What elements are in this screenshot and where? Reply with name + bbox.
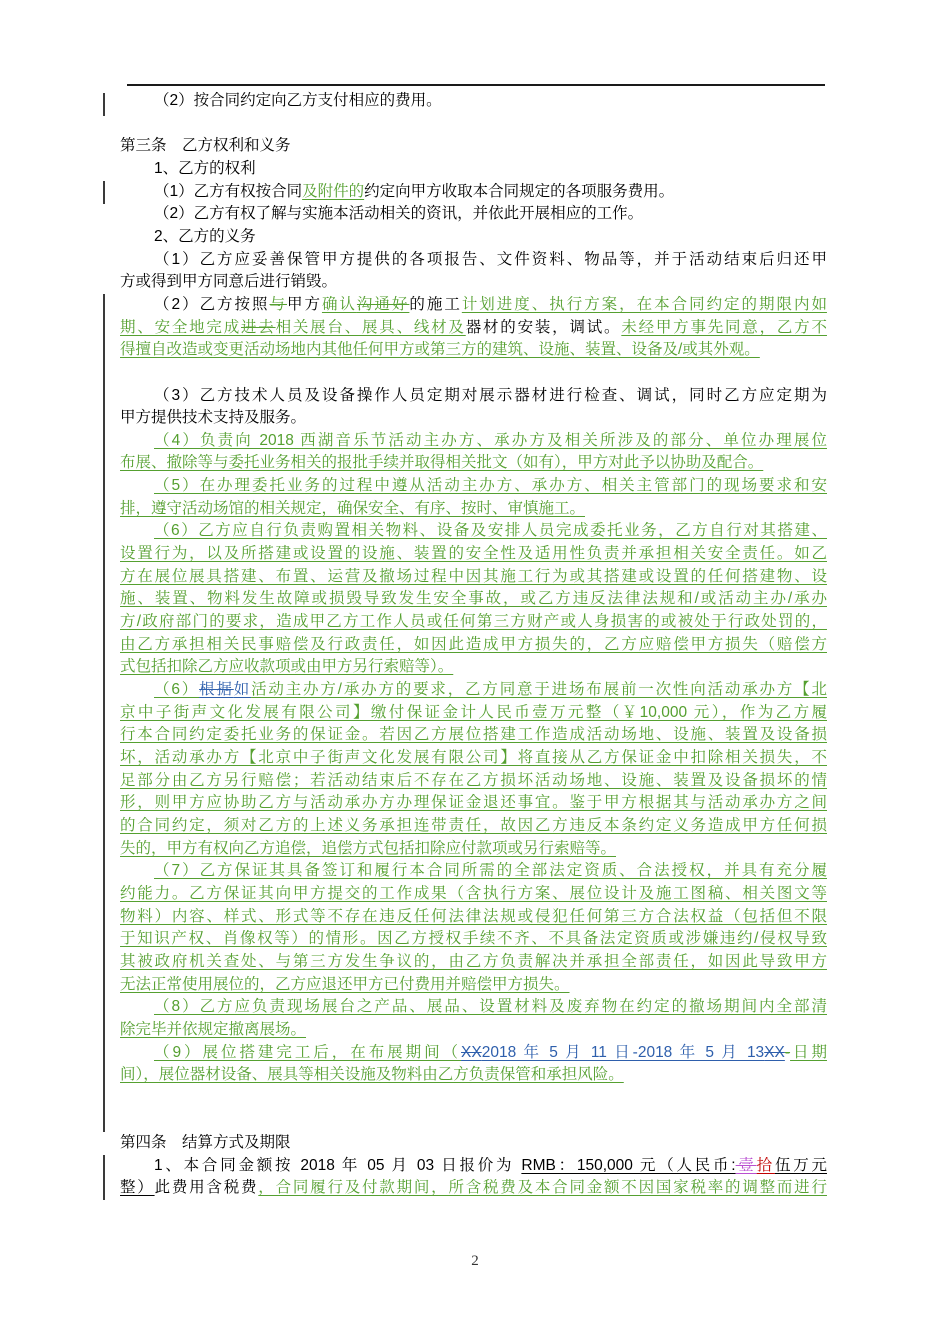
text-run: 得擅自改造或变更活动场地内其他任何甲方或第三方的建筑、设施、装置、设备及/或其外… <box>120 341 760 358</box>
text-run: （6）乙方应自行负责购置相关物料、设备及安排人员完成委托业务，乙方自行对其搭建、 <box>154 522 827 539</box>
doc-line: （2）按合同约定向乙方支付相应的费用。 <box>120 90 827 113</box>
blank-line <box>120 113 827 136</box>
blank-line <box>120 362 827 385</box>
para-obligation-6b: （6）根据如活动主办方/承办方的要求，乙方同意于进场布展前一次性向活动承办方【北… <box>120 679 827 860</box>
text-run: 如 <box>234 681 251 698</box>
text-run: 无法正常使用展位的，乙方应退还甲方已付费用并赔偿甲方损失。 <box>120 976 570 993</box>
blank-line <box>120 1109 827 1132</box>
text-run: 2018 年 5 月 11 日-2018 年 5 月 13 <box>482 1044 764 1061</box>
change-bar <box>103 181 105 204</box>
doc-line: 施、装置、物料发生故障或损毁导致发生安全事故，或乙方违反法律法规和/或活动主办/… <box>120 588 827 611</box>
text-run: （2）按合同约定向乙方支付相应的费用。 <box>154 92 442 109</box>
doc-line: 于知识产权、肖像权等）的情形。因乙方授权手续不齐、不具备法定资质或涉嫌违约/侵权… <box>120 928 827 951</box>
text-run: 其被政府机关查处、与第三方发生争议的，由乙方负责解决并承担全部责任，如因此导致甲… <box>120 953 827 970</box>
text-run: 甲方提供技术支持及服务。 <box>120 409 306 426</box>
document-page: （2）按合同约定向乙方支付相应的费用。第三条 乙方权利和义务1、乙方的权利（1）… <box>0 0 950 1344</box>
para-settlement-1: 1、本合同金额按 2018 年 05 月 03 日报价为 RMB：150,000… <box>120 1155 827 1200</box>
doc-line: 行本合同约定委托业务的保证金。若因乙方展位搭建工作造成活动场地、设施、装置及设备… <box>120 724 827 747</box>
text-run: XX <box>461 1044 482 1061</box>
doc-line: 期、安全地完成进去相关展台、展具、线材及器材的安装，调试。未经甲方事先同意，乙方… <box>120 317 827 340</box>
text-run: 根据 <box>199 681 234 698</box>
para-yifang-obligations-title: 2、乙方的义务 <box>120 226 827 249</box>
text-run: （2）乙方按照 <box>154 296 270 313</box>
text-run: 此费用含税费 <box>155 1179 259 1196</box>
para-obligation-8: （8）乙方应负责现场展台之产品、展品、设置材料及废弃物在约定的撤场期间内全部清除… <box>120 996 827 1041</box>
doc-line: 除完毕并依规定撤离展场。 <box>120 1019 827 1042</box>
heading-article-4: 第四条 结算方式及期限 <box>120 1132 827 1155</box>
text-run: （9）展位搭建完工后，在布展期间（ <box>154 1044 461 1061</box>
text-run: 1、本合同金额按 2018 年 05 月 03 日报价为 <box>154 1157 521 1174</box>
text-run: 相关展台、展具、线材及 <box>276 319 466 336</box>
doc-line: 第四条 结算方式及期限 <box>120 1132 827 1155</box>
doc-line: 布展、撤除等与委托业务相关的报批手续并取得相关批文（如有），甲方对此予以协助及配… <box>120 452 827 475</box>
text-run: （4）负责向 2018 西湖音乐节活动主办方、承办方及相关所涉及的部分、单位办理… <box>154 432 827 449</box>
text-run: 沟通好 <box>357 296 409 313</box>
text-run: （6） <box>154 681 199 698</box>
text-run: 足部分由乙方另行赔偿；若活动结束后不存在乙方损坏活动场地、设施、装置及设备损坏的… <box>120 772 827 789</box>
text-run: 确认 <box>322 296 357 313</box>
doc-line: （5）在办理委托业务的过程中遵从活动主办方、承办方、相关主管部门的现场要求和安 <box>120 475 827 498</box>
text-run: 方或得到甲方同意后进行销毁。 <box>120 273 337 290</box>
doc-line: 的合同约定，须对乙方的上述义务承担连带责任，故因乙方违反本条约定义务造成甲方任何… <box>120 815 827 838</box>
doc-line: （1）乙方应妥善保管甲方提供的各项报告、文件资料、物品等，并于活动结束后归还甲 <box>120 249 827 272</box>
text-run: （3）乙方技术人员及设备操作人员定期对展示器材进行检查、调试，同时乙方应定期为 <box>154 387 827 404</box>
text-run: 1、乙方的权利 <box>154 160 256 177</box>
doc-line: 约能力。乙方保证其向甲方提交的工作成果（含执行方案、展位设计及施工图稿、相关图文… <box>120 883 827 906</box>
text-run: 式包括扣除乙方应收款项或由甲方另行索赔等）。 <box>120 658 453 675</box>
text-run: 的合同约定，须对乙方的上述义务承担连带责任，故因乙方违反本条约定义务造成甲方任何… <box>120 817 827 834</box>
text-run: 器材的安装，调试。 <box>466 319 622 336</box>
text-run: 排，遵守活动场馆的相关规定，确保安全、有序、按时、审慎施工。 <box>120 500 585 517</box>
text-run: 未经甲方事先同意，乙方不 <box>621 319 827 336</box>
doc-line: 其被政府机关查处、与第三方发生争议的，由乙方负责解决并承担全部责任，如因此导致甲… <box>120 951 827 974</box>
doc-line: 方在展位展具搭建、布置、运营及撤场过程中因其施工行为或其搭建或设置的任何搭建物、… <box>120 566 827 589</box>
text-run: 拾 <box>757 1157 775 1174</box>
doc-line: 间），展位器材设备、展具等相关设施及物料由乙方负责保管和承担风险。 <box>120 1064 827 1087</box>
doc-line: （6）乙方应自行负责购置相关物料、设备及安排人员完成委托业务，乙方自行对其搭建、 <box>120 520 827 543</box>
para-obligation-5: （5）在办理委托业务的过程中遵从活动主办方、承办方、相关主管部门的现场要求和安排… <box>120 475 827 520</box>
doc-line: （2）乙方按照与甲方确认沟通好的施工计划进度、执行方案，在本合同约定的期限内如 <box>120 294 827 317</box>
para-obligation-6a: （6）乙方应自行负责购置相关物料、设备及安排人员完成委托业务，乙方自行对其搭建、… <box>120 520 827 679</box>
blank-line <box>120 1087 827 1110</box>
text-run: 的施工 <box>409 296 461 313</box>
text-run: 期、安全地完成 <box>120 319 241 336</box>
document-body[interactable]: （2）按合同约定向乙方支付相应的费用。第三条 乙方权利和义务1、乙方的权利（1）… <box>120 90 827 1200</box>
para-yifang-rights-title: 1、乙方的权利 <box>120 158 827 181</box>
doc-line: 1、本合同金额按 2018 年 05 月 03 日报价为 RMB：150,000… <box>120 1155 827 1178</box>
doc-line: 1、乙方的权利 <box>120 158 827 181</box>
text-run: 京中子街声文化发展有限公司】缴付保证金计人民币壹万元整（￥10,000 元），作… <box>120 704 827 721</box>
doc-line: 第三条 乙方权利和义务 <box>120 135 827 158</box>
doc-line: 2、乙方的义务 <box>120 226 827 249</box>
doc-line: 方/政府部门的要求，造成甲乙方工作人员或任何第三方财产或人身损害的或被处于行政处… <box>120 611 827 634</box>
para-pay-fee: （2）按合同约定向乙方支付相应的费用。 <box>120 90 827 113</box>
para-obligation-9: （9）展位搭建完工后，在布展期间（XX2018 年 5 月 11 日-2018 … <box>120 1042 827 1087</box>
text-run: 于知识产权、肖像权等）的情形。因乙方授权手续不齐、不具备法定资质或涉嫌违约/侵权… <box>120 930 827 947</box>
doc-line: 足部分由乙方另行赔偿；若活动结束后不存在乙方损坏活动场地、设施、装置及设备损坏的… <box>120 770 827 793</box>
text-run: （1）乙方有权按合同 <box>154 183 302 200</box>
text-run: 施、装置、物料发生故障或损毁导致发生安全事故，或乙方违反法律法规和/或活动主办/… <box>120 590 827 607</box>
text-run: 间），展位器材设备、展具等相关设施及物料由乙方负责保管和承担风险。 <box>120 1066 624 1083</box>
text-run: 约定向甲方收取本合同规定的各项服务费用。 <box>364 183 674 200</box>
text-run: 日期 <box>790 1044 827 1061</box>
text-run: 方在展位展具搭建、布置、运营及撤场过程中因其施工行为或其搭建或设置的任何搭建物、… <box>120 568 827 585</box>
doc-line: 设置行为，以及所搭建或设置的设施、装置的安全性及适用性负责并承担相关安全责任。如… <box>120 543 827 566</box>
para-obligation-3: （3）乙方技术人员及设备操作人员定期对展示器材进行检查、调试，同时乙方应定期为甲… <box>120 385 827 430</box>
doc-line: （2）乙方有权了解与实施本活动相关的资讯，并依此开展相应的工作。 <box>120 203 827 226</box>
text-run: 2、乙方的义务 <box>154 228 256 245</box>
doc-line: 京中子街声文化发展有限公司】缴付保证金计人民币壹万元整（￥10,000 元），作… <box>120 702 827 725</box>
text-run: RMB：150,000 元（人民币: <box>521 1157 735 1174</box>
text-run: 行本合同约定委托业务的保证金。若因乙方展位搭建工作造成活动场地、设施、装置及设备… <box>120 726 827 743</box>
text-run: 第三条 乙方权利和义务 <box>120 137 291 154</box>
para-obligation-4: （4）负责向 2018 西湖音乐节活动主办方、承办方及相关所涉及的部分、单位办理… <box>120 430 827 475</box>
doc-line: 物料）内容、样式、形式等不存在违反任何法律法规或侵犯任何第三方合法权益（包括但不… <box>120 906 827 929</box>
doc-line: （7）乙方保证其具备签订和履行本合同所需的全部法定资质、合法授权，并具有充分履 <box>120 860 827 883</box>
doc-line: 整）此费用含税费，合同履行及付款期间，所含税费及本合同金额不因国家税率的调整而进… <box>120 1177 827 1200</box>
text-run: XX <box>764 1044 785 1061</box>
text-run: 失的，甲方有权向乙方追偿，追偿方式包括扣除应付款项或另行索赔等。 <box>120 840 616 857</box>
text-run: 第四条 结算方式及期限 <box>120 1134 291 1151</box>
doc-line: （1）乙方有权按合同及附件的约定向甲方收取本合同规定的各项服务费用。 <box>120 181 827 204</box>
text-run: 伍万元 <box>775 1157 827 1174</box>
text-run: 坏，活动承办方【北京中子街声文化发展有限公司】将直接从乙方保证金中扣除相关损失，… <box>120 749 827 766</box>
para-obligation-1: （1）乙方应妥善保管甲方提供的各项报告、文件资料、物品等，并于活动结束后归还甲方… <box>120 249 827 294</box>
change-bar <box>103 1155 105 1200</box>
doc-line: 由乙方承担相关民事赔偿及行政责任，如因此造成甲方损失的，乙方应赔偿甲方损失（赔偿… <box>120 634 827 657</box>
change-bar <box>103 294 105 1132</box>
doc-line: 式包括扣除乙方应收款项或由甲方另行索赔等）。 <box>120 656 827 679</box>
text-run: 整） <box>120 1179 155 1196</box>
text-run: 约能力。乙方保证其向甲方提交的工作成果（含执行方案、展位设计及施工图稿、相关图文… <box>120 885 827 902</box>
text-run: 物料）内容、样式、形式等不存在违反任何法律法规或侵犯任何第三方合法权益（包括但不… <box>120 908 827 925</box>
text-run: 设置行为，以及所搭建或设置的设施、装置的安全性及适用性负责并承担相关安全责任。如… <box>120 545 827 562</box>
text-run: 方/政府部门的要求，造成甲乙方工作人员或任何第三方财产或人身损害的或被处于行政处… <box>120 613 827 630</box>
doc-line: （6）根据如活动主办方/承办方的要求，乙方同意于进场布展前一次性向活动承办方【北 <box>120 679 827 702</box>
doc-line: 甲方提供技术支持及服务。 <box>120 407 827 430</box>
doc-line: （4）负责向 2018 西湖音乐节活动主办方、承办方及相关所涉及的部分、单位办理… <box>120 430 827 453</box>
text-run: 由乙方承担相关民事赔偿及行政责任，如因此造成甲方损失的，乙方应赔偿甲方损失（赔偿… <box>120 636 827 653</box>
change-bar <box>103 93 105 116</box>
doc-line: 坏，活动承办方【北京中子街声文化发展有限公司】将直接从乙方保证金中扣除相关损失，… <box>120 747 827 770</box>
doc-line: （8）乙方应负责现场展台之产品、展品、设置材料及废弃物在约定的撤场期间内全部清 <box>120 996 827 1019</box>
text-run: 进去 <box>241 319 276 336</box>
text-run: 计划进度、执行方案，在本合同约定的期限内如 <box>462 296 827 313</box>
text-run: 壹 <box>736 1157 757 1174</box>
para-obligation-7: （7）乙方保证其具备签订和履行本合同所需的全部法定资质、合法授权，并具有充分履约… <box>120 860 827 996</box>
text-run: （8）乙方应负责现场展台之产品、展品、设置材料及废弃物在约定的撤场期间内全部清 <box>154 998 827 1015</box>
text-run: （1）乙方应妥善保管甲方提供的各项报告、文件资料、物品等，并于活动结束后归还甲 <box>154 251 827 268</box>
doc-line: 方或得到甲方同意后进行销毁。 <box>120 271 827 294</box>
text-run: 与 <box>270 296 287 313</box>
para-rights-2: （2）乙方有权了解与实施本活动相关的资讯，并依此开展相应的工作。 <box>120 203 827 226</box>
doc-line: 无法正常使用展位的，乙方应退还甲方已付费用并赔偿甲方损失。 <box>120 974 827 997</box>
text-run: 除完毕并依规定撤离展场。 <box>120 1021 306 1038</box>
heading-article-3: 第三条 乙方权利和义务 <box>120 135 827 158</box>
para-obligation-2: （2）乙方按照与甲方确认沟通好的施工计划进度、执行方案，在本合同约定的期限内如期… <box>120 294 827 362</box>
text-run: （2）乙方有权了解与实施本活动相关的资讯，并依此开展相应的工作。 <box>154 205 643 222</box>
text-run: （7）乙方保证其具备签订和履行本合同所需的全部法定资质、合法授权，并具有充分履 <box>154 862 827 879</box>
page-number: 2 <box>0 1253 950 1270</box>
text-run: 及附件的 <box>302 183 364 200</box>
doc-line: （3）乙方技术人员及设备操作人员定期对展示器材进行检查、调试，同时乙方应定期为 <box>120 385 827 408</box>
doc-line: 得擅自改造或变更活动场地内其他任何甲方或第三方的建筑、设施、装置、设备及/或其外… <box>120 339 827 362</box>
text-run: 布展、撤除等与委托业务相关的报批手续并取得相关批文（如有），甲方对此予以协助及配… <box>120 454 763 471</box>
text-run: （5）在办理委托业务的过程中遵从活动主办方、承办方、相关主管部门的现场要求和安 <box>154 477 827 494</box>
text-run: 形，则甲方应协助乙方与活动承办方办理保证金退还事宜。鉴于甲方根据其与活动承办方之… <box>120 794 827 811</box>
doc-line: 排，遵守活动场馆的相关规定，确保安全、有序、按时、审慎施工。 <box>120 498 827 521</box>
text-run: 甲方 <box>287 296 322 313</box>
para-rights-1: （1）乙方有权按合同及附件的约定向甲方收取本合同规定的各项服务费用。 <box>120 181 827 204</box>
doc-line: 形，则甲方应协助乙方与活动承办方办理保证金退还事宜。鉴于甲方根据其与活动承办方之… <box>120 792 827 815</box>
doc-line: 失的，甲方有权向乙方追偿，追偿方式包括扣除应付款项或另行索赔等。 <box>120 838 827 861</box>
doc-line: （9）展位搭建完工后，在布展期间（XX2018 年 5 月 11 日-2018 … <box>120 1042 827 1065</box>
text-run: ，合同履行及付款期间，所含税费及本合同金额不因国家税率的调整而进行 <box>258 1179 827 1196</box>
header-rule <box>127 84 825 86</box>
text-run: 活动主办方/承办方的要求，乙方同意于进场布展前一次性向活动承办方【北 <box>251 681 827 698</box>
